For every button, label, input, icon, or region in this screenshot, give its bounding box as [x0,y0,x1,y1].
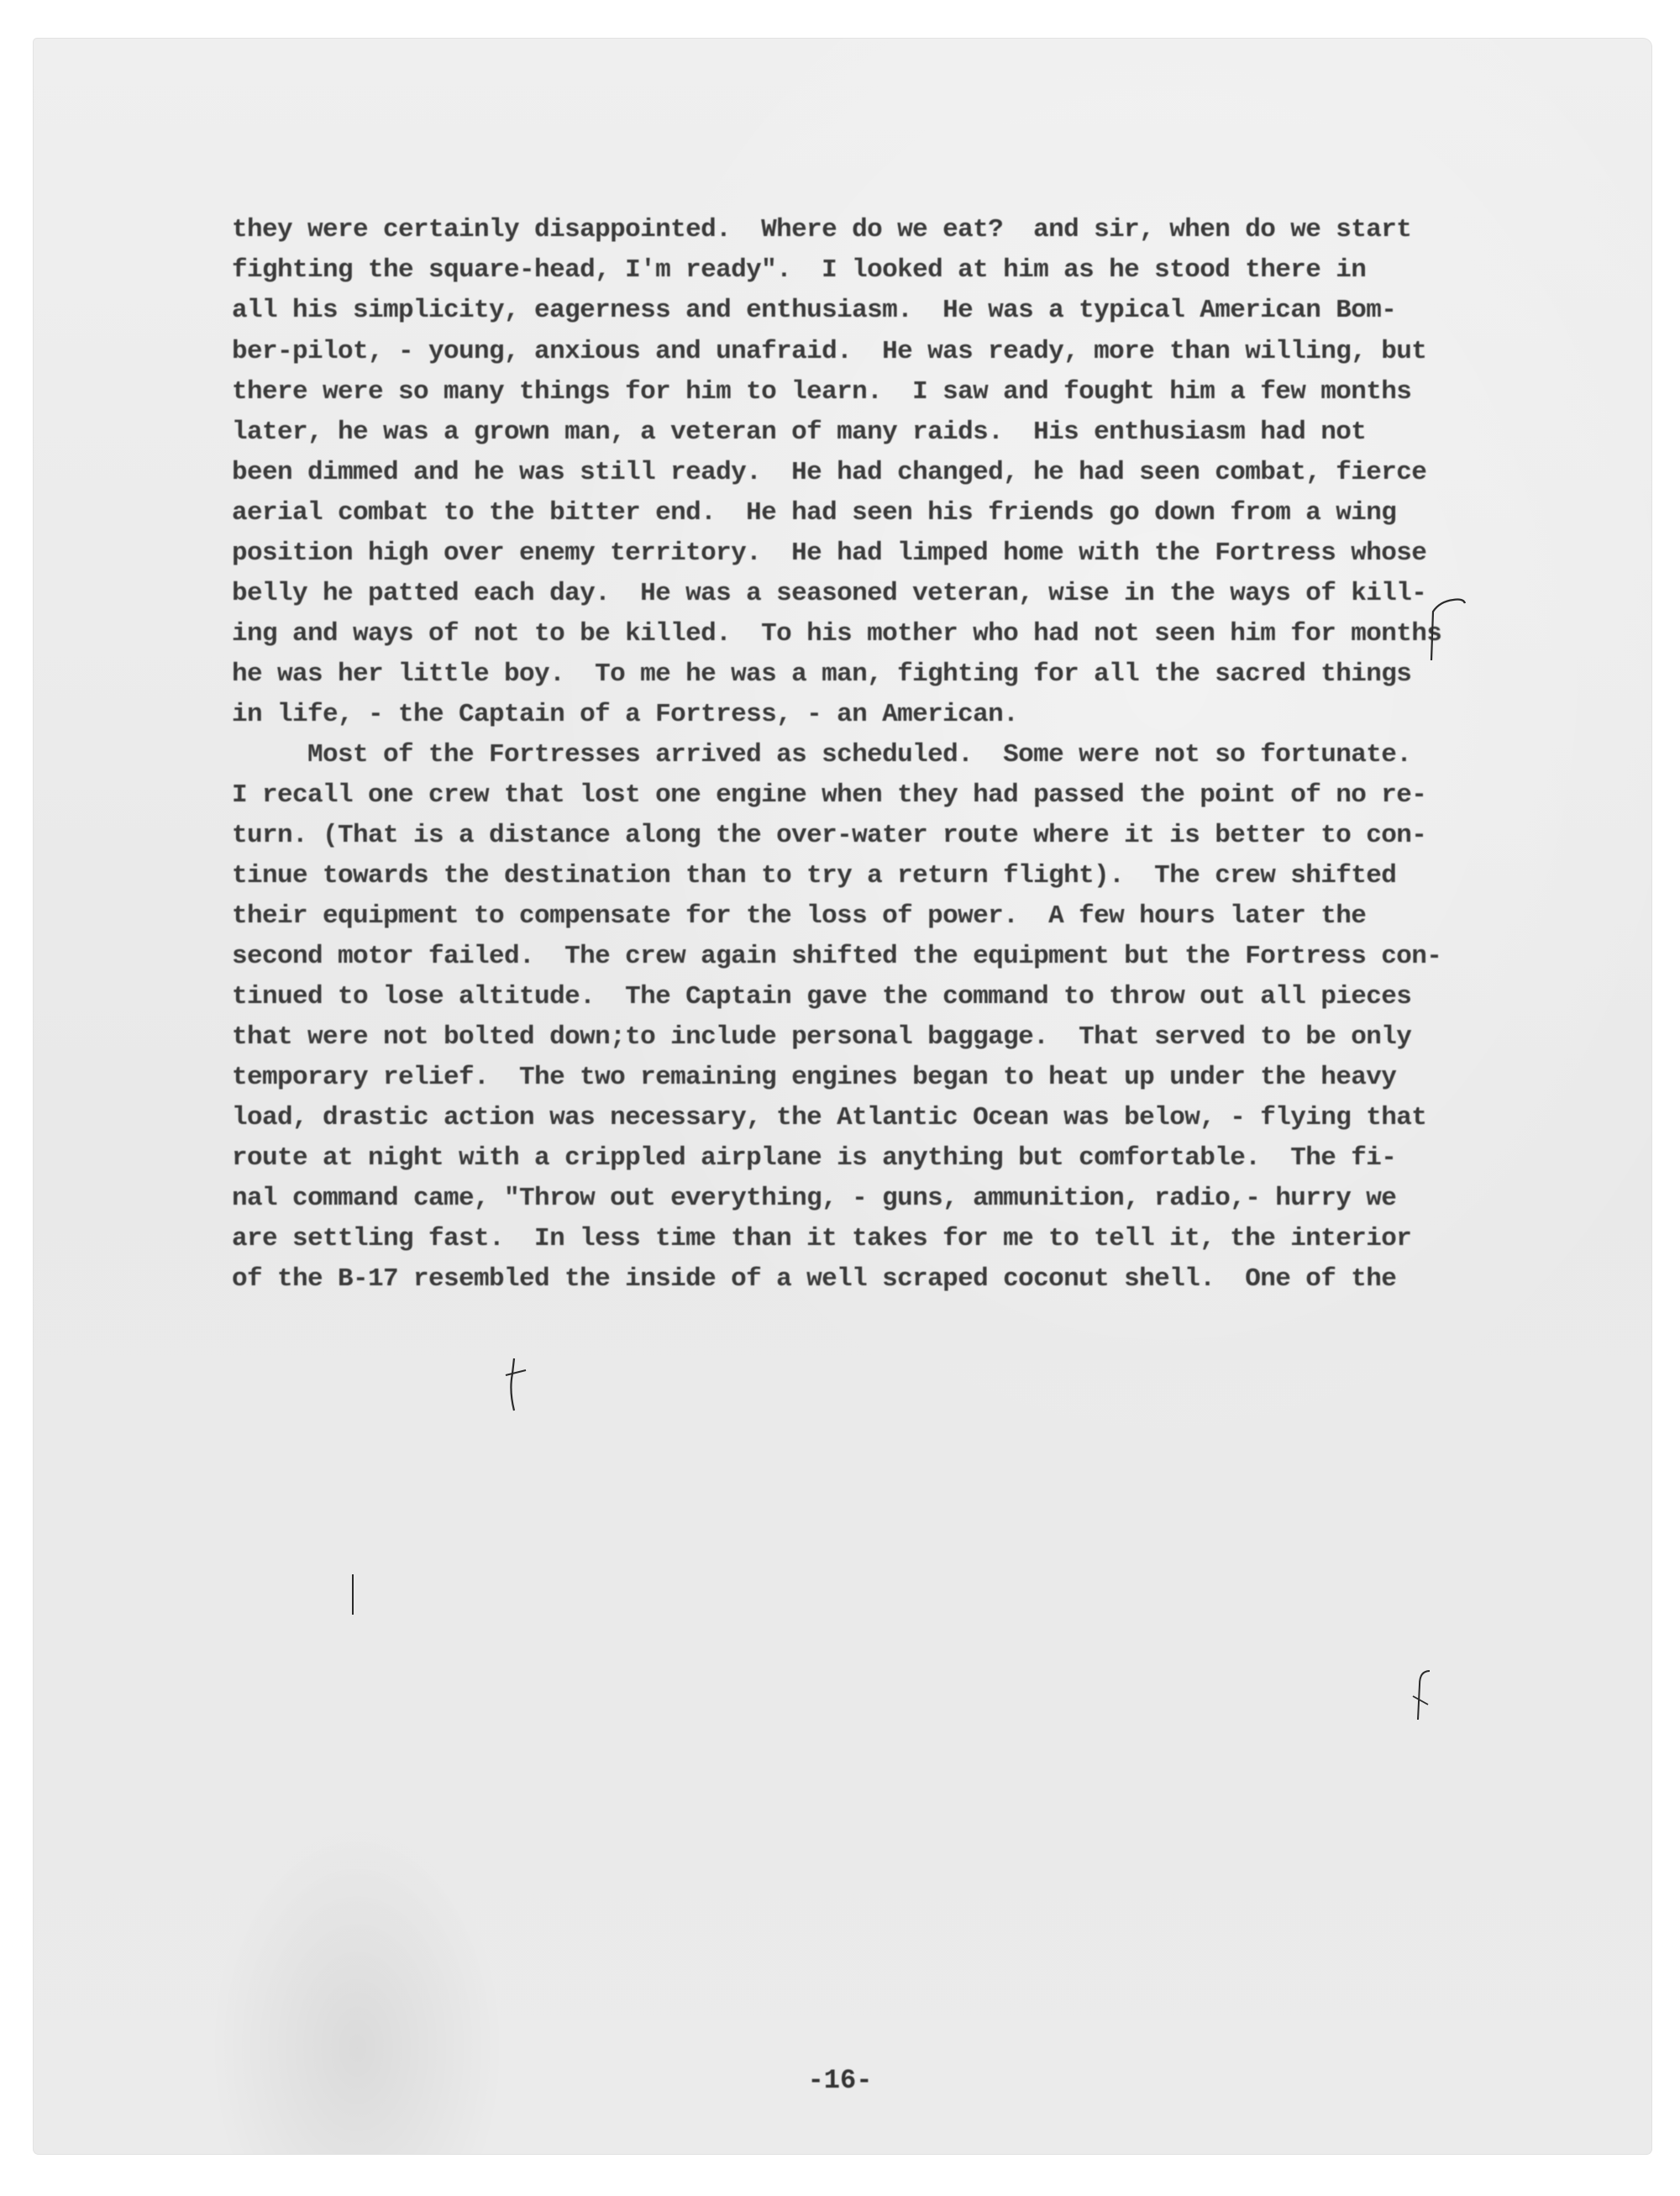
text-line-2: fighting the square-head, I'm ready". I … [232,254,1366,287]
text-line-8: aerial combat to the bitter end. He had … [232,496,1396,530]
text-line-9: position high over enemy territory. He h… [232,537,1426,570]
text-line-5: there were so many things for him to lea… [232,376,1411,409]
text-line-4: ber-pilot, - young, anxious and unafraid… [232,335,1426,369]
text-line-6: later, he was a grown man, a veteran of … [232,416,1366,449]
text-line-1: they were certainly disappointed. Where … [232,213,1576,247]
text-line-26: are settling fast. In less time than it … [232,1222,1411,1256]
text-line-12: he was her little boy. To me he was a ma… [232,658,1411,691]
text-line-23: load, drastic action was necessary, the … [232,1101,1426,1135]
text-line-7: been dimmed and he was still ready. He h… [232,456,1426,490]
text-line-18: their equipment to compensate for the lo… [232,900,1366,933]
paragraph-2-line-1: Most of the Fortresses arrived as schedu… [232,738,1411,772]
text-line-10: belly he patted each day. He was a seaso… [232,577,1426,611]
text-line-15: I recall one crew that lost one engine w… [232,779,1426,812]
text-line-22: temporary relief. The two remaining engi… [232,1061,1396,1095]
text-line-27: of the B-17 resembled the inside of a we… [232,1263,1396,1296]
text-line-19: second motor failed. The crew again shif… [232,940,1441,974]
text-line-17: tinue towards the destination than to tr… [232,859,1396,893]
text-line-24: route at night with a crippled airplane … [232,1142,1396,1175]
text-line-3: all his simplicity, eagerness and enthus… [232,294,1396,328]
text-line-16: turn. (That is a distance along the over… [232,819,1426,853]
text-line-25: nal command came, "Throw out everything,… [232,1182,1396,1216]
text-line-21: that were not bolted down;to include per… [232,1021,1411,1054]
text-line-13: in life, - the Captain of a Fortress, - … [232,698,1018,732]
text-line-11: ing and ways of not to be killed. To his… [232,617,1441,651]
page-number: -16- [0,2065,1680,2096]
text-line-20: tinued to lose altitude. The Captain gav… [232,980,1411,1014]
